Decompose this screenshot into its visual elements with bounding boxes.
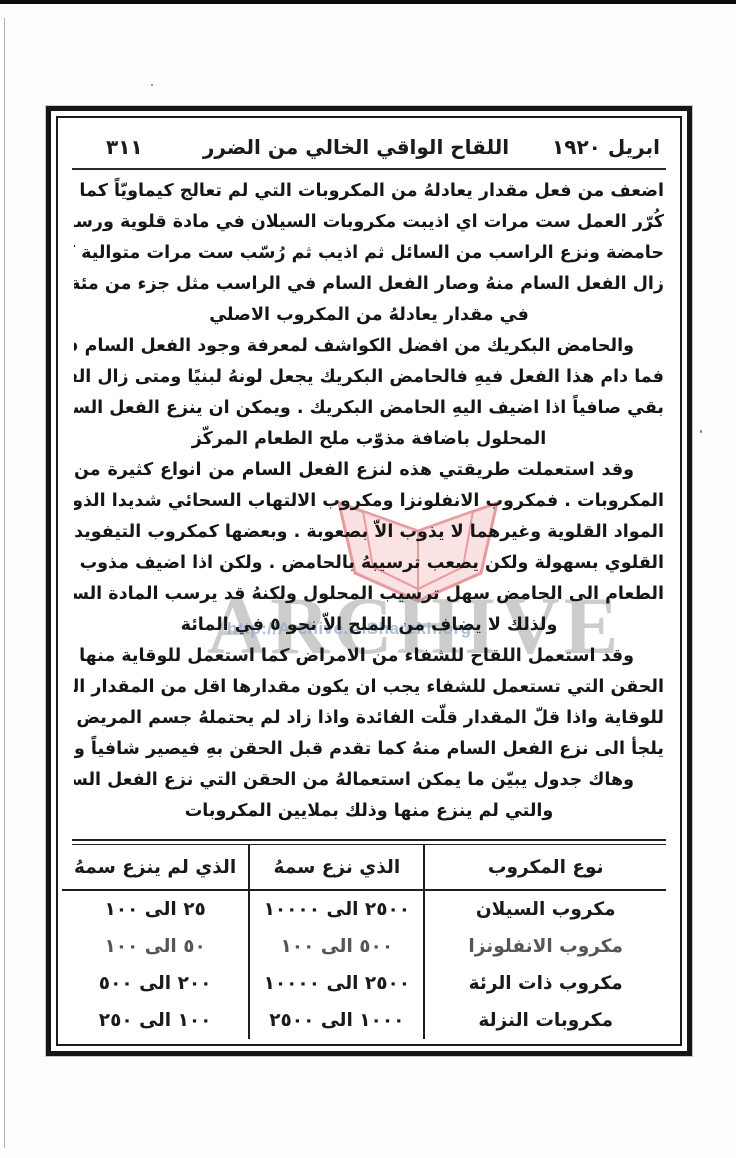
body-line: في مقدار يعادلهُ من المكروب الاصلي	[74, 300, 664, 331]
table-header-row: نوع المكروبالذي نزع سمهُالذي لم ينزع سمه…	[62, 845, 666, 890]
body-line: والحامض البكريك من افضل الكواشف لمعرفة و…	[74, 331, 664, 362]
body-line: اضعف من فعل مقدار يعادلهُ من المكروبات ا…	[74, 176, 664, 207]
body-line: فما دام هذا الفعل فيهِ فالحامض البكريك ي…	[74, 362, 664, 393]
table-row: مكروب الانفلونزا٥٠٠ الى ١٠٠٥٠ الى ١٠٠	[62, 928, 666, 965]
table-cell: مكروبات النزلة	[424, 1002, 666, 1039]
table-cell: ٥٠ الى ١٠٠	[62, 928, 249, 965]
table-body: مكروب السيلان٢٥٠٠ الى ١٠٠٠٠٢٥ الى ١٠٠مكر…	[62, 890, 666, 1039]
running-head: ابريل ١٩٢٠ اللقاح الواقي الخالي من الضرر…	[72, 126, 666, 170]
ink-speck	[700, 430, 702, 433]
body-line: المكروبات . فمكروب الانفلونزا ومكروب الا…	[74, 486, 664, 517]
scanned-page: ARCHIVE http://Archive.AlSharekh.org ابر…	[0, 0, 736, 1158]
inner-rule-frame: ابريل ١٩٢٠ اللقاح الواقي الخالي من الضرر…	[56, 116, 682, 1046]
body-line: الحقن التي تستعمل للشفاء يجب ان يكون مقد…	[74, 672, 664, 703]
body-line: الطعام الى الحامض سهل ترسيب المحلول ولكن…	[74, 579, 664, 610]
page-frame: ARCHIVE http://Archive.AlSharekh.org ابر…	[46, 106, 692, 1056]
body-line: وقد استعمل اللقاح للشفاء من الامراض كما …	[74, 641, 664, 672]
issue-date: ابريل ١٩٢٠	[510, 135, 666, 159]
body-line: بقي صافياً اذا اضيف اليهِ الحامض البكريك…	[74, 393, 664, 424]
article-title: اللقاح الواقي الخالي من الضرر	[202, 135, 510, 159]
table-row: مكروبات النزلة١٠٠٠ الى ٢٥٠٠١٠٠ الى ٢٥٠	[62, 1002, 666, 1039]
body-line: زال الفعل السام منهُ وصار الفعل السام في…	[74, 269, 664, 300]
dose-table-block: نوع المكروبالذي نزع سمهُالذي لم ينزع سمه…	[72, 839, 666, 1039]
page-number: ٣١١	[72, 135, 202, 159]
table-cell: ٢٥٠٠ الى ١٠٠٠٠	[249, 890, 424, 928]
body-line: وهاك جدول يبيّن ما يمكن استعمالهُ من الح…	[74, 765, 664, 796]
body-text: اضعف من فعل مقدار يعادلهُ من المكروبات ا…	[72, 176, 666, 827]
body-line: كُرّر العمل ست مرات اي اذيبت مكروبات الس…	[74, 207, 664, 238]
body-line: للوقاية واذا قلّ المقدار قلّت الفائدة وا…	[74, 703, 664, 734]
body-line: حامضة ونزع الراسب من السائل ثم اذيب ثم ر…	[74, 238, 664, 269]
table-cell: مكروب السيلان	[424, 890, 666, 928]
table-column-header: الذي لم ينزع سمهُ	[62, 845, 249, 890]
body-line: المحلول باضافة مذوّب ملح الطعام المركّز	[74, 424, 664, 455]
table-row: مكروب السيلان٢٥٠٠ الى ١٠٠٠٠٢٥ الى ١٠٠	[62, 890, 666, 928]
table-cell: مكروب ذات الرئة	[424, 965, 666, 1002]
table-column-header: نوع المكروب	[424, 845, 666, 890]
table-column-header: الذي نزع سمهُ	[249, 845, 424, 890]
table-cell: مكروب الانفلونزا	[424, 928, 666, 965]
body-line: ولذلك لا يضاف من الملح الاّ نحو ٥ في الم…	[74, 610, 664, 641]
table-cell: ٥٠٠ الى ١٠٠	[249, 928, 424, 965]
body-line: وقد استعملت طريقتي هذه لنزع الفعل السام …	[74, 455, 664, 486]
body-line: والتي لم ينزع منها وذلك بملايين المكروبا…	[74, 796, 664, 827]
table-cell: ٢٠٠ الى ٥٠٠	[62, 965, 249, 1002]
table-cell: ١٠٠ الى ٢٥٠	[62, 1002, 249, 1039]
body-line: المواد القلوية وغيرهما لا يذوب الاّ بصعو…	[74, 517, 664, 548]
scan-edge-left	[4, 18, 5, 1148]
table-cell: ١٠٠٠ الى ٢٥٠٠	[249, 1002, 424, 1039]
ink-speck	[151, 84, 153, 86]
table-cell: ٢٥٠٠ الى ١٠٠٠٠	[249, 965, 424, 1002]
body-line: يلجأ الى نزع الفعل السام منهُ كما تقدم ق…	[74, 734, 664, 765]
body-line: القلوي بسهولة ولكن يصعب ترسيبهُ بالحامض …	[74, 548, 664, 579]
microbe-dose-table: نوع المكروبالذي نزع سمهُالذي لم ينزع سمه…	[62, 845, 666, 1039]
table-cell: ٢٥ الى ١٠٠	[62, 890, 249, 928]
scan-edge-top	[0, 0, 736, 4]
table-row: مكروب ذات الرئة٢٥٠٠ الى ١٠٠٠٠٢٠٠ الى ٥٠٠	[62, 965, 666, 1002]
